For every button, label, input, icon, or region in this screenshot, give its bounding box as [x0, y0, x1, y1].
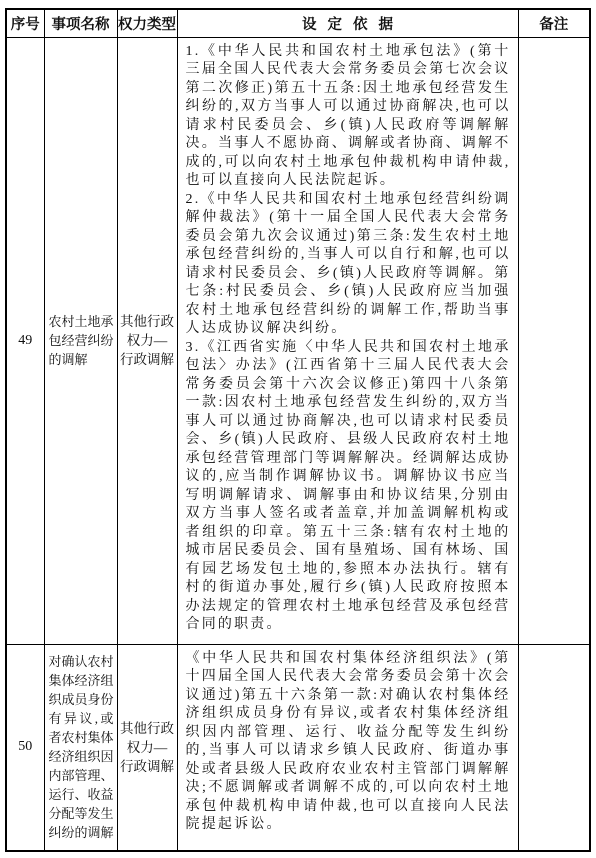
- seq-cell-49: 49: [6, 37, 44, 644]
- power-list-table: 序号 事项名称 权力类型 设 定 依 据 备注 49 农村土地承包经营纠纷的调解…: [5, 8, 591, 852]
- power-type-line: 权力—: [119, 331, 176, 350]
- header-remarks: 备注: [518, 9, 590, 37]
- header-seq: 序号: [6, 9, 44, 37]
- power-type-line: 其他行政: [119, 312, 176, 331]
- table-row-49: 49 农村土地承包经营纠纷的调解 其他行政 权力— 行政调解 1.《中华人民共和…: [6, 37, 590, 644]
- header-basis: 设 定 依 据: [177, 9, 518, 37]
- basis-paragraph-3: 3.《江西省实施〈中华人民共和国农村土地承包法〉办法》(江西省第十三届人民代表大…: [186, 339, 511, 635]
- remarks-cell-50: [518, 644, 590, 851]
- seq-cell-50: 50: [6, 644, 44, 851]
- remarks-cell-49: [518, 37, 590, 644]
- power-type-line: 其他行政: [119, 719, 176, 738]
- header-row: 序号 事项名称 权力类型 设 定 依 据 备注: [6, 9, 590, 37]
- document-page: 序号 事项名称 权力类型 设 定 依 据 备注 49 农村土地承包经营纠纷的调解…: [0, 0, 596, 858]
- power-type-cell-49: 其他行政 权力— 行政调解: [117, 37, 177, 644]
- item-name-cell-49: 农村土地承包经营纠纷的调解: [44, 37, 117, 644]
- basis-paragraph-1: 《中华人民共和国农村集体经济组织法》(第十四届全国人民代表大会常务委员会第十次会…: [186, 650, 511, 835]
- power-type-line: 权力—: [119, 738, 176, 757]
- basis-paragraph-1: 1.《中华人民共和国农村土地承包法》(第十三届全国人民代表大会常务委员会第七次会…: [186, 43, 511, 191]
- power-type-cell-50: 其他行政 权力— 行政调解: [117, 644, 177, 851]
- basis-cell-49: 1.《中华人民共和国农村土地承包法》(第十三届全国人民代表大会常务委员会第七次会…: [177, 37, 518, 644]
- header-power-type: 权力类型: [117, 9, 177, 37]
- item-name-cell-50: 对确认农村集体经济组织成员身份有异议,或者农村集体经济组织因内部管理、运行、收益…: [44, 644, 117, 851]
- basis-cell-50: 《中华人民共和国农村集体经济组织法》(第十四届全国人民代表大会常务委员会第十次会…: [177, 644, 518, 851]
- power-type-line: 行政调解: [119, 757, 176, 776]
- power-type-line: 行政调解: [119, 350, 176, 369]
- table-row-50: 50 对确认农村集体经济组织成员身份有异议,或者农村集体经济组织因内部管理、运行…: [6, 644, 590, 851]
- header-item-name: 事项名称: [44, 9, 117, 37]
- basis-paragraph-2: 2.《中华人民共和国农村土地承包经营纠纷调解仲裁法》(第十一届全国人民代表大会常…: [186, 191, 511, 339]
